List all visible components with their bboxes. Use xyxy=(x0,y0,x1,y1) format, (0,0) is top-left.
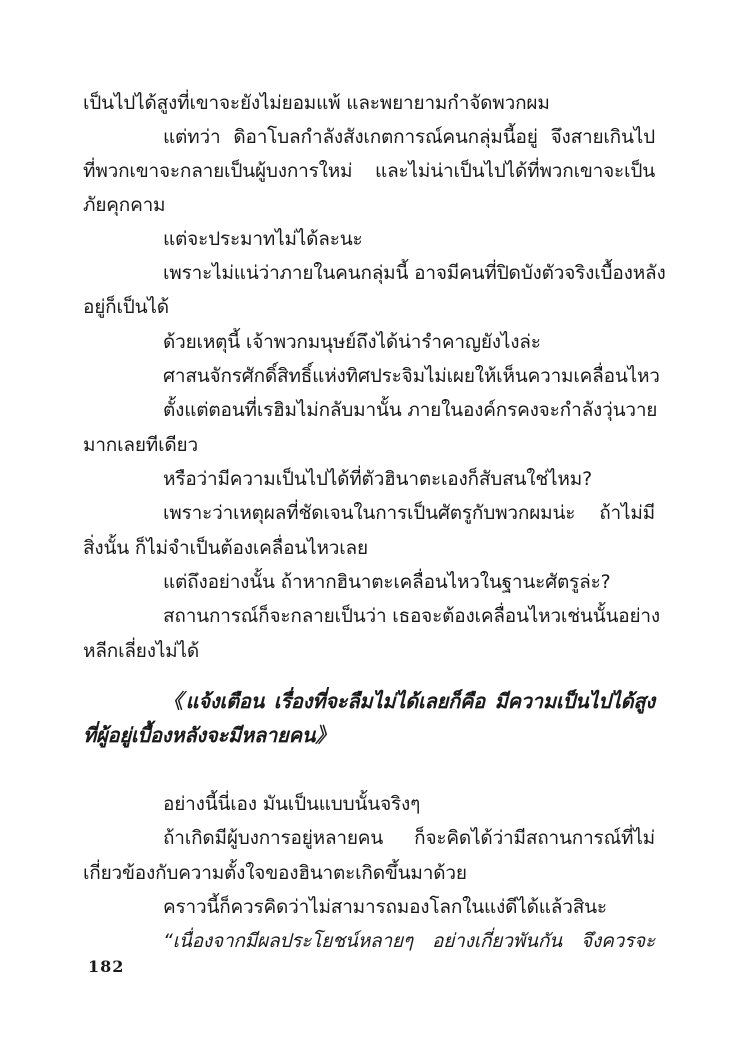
paragraph-start-line: เพราะไม่แน่ว่าภายในคนกลุ่มนี้ อาจมีคนที่… xyxy=(163,256,655,290)
paragraph-start-line: ศาสนจักรศักดิ์สิทธิ์แห่งทิศประจิมไม่เผยใ… xyxy=(163,359,655,393)
system-notice-line: ที่ผู้อยู่เบื้องหลังจะมีหลายคน》 xyxy=(83,718,335,752)
paragraph-start-line: เพราะว่าเหตุผลที่ชัดเจนในการเป็นศัตรูกับ… xyxy=(163,496,655,530)
text-line: อยู่ก็เป็นได้ xyxy=(83,290,169,324)
text-line: สิ่งนั้น ก็ไม่จำเป็นต้องเคลื่อนไหวเลย xyxy=(83,531,368,565)
quoted-speech-line: “เนื่องจากมีผลประโยชน์หลายๆ อย่างเกี่ยวพ… xyxy=(163,924,655,958)
system-notice-line: 《แจ้งเตือน เรื่องที่จะลืมไม่ได้เลยก็คือ … xyxy=(163,684,655,718)
paragraph-start-line: อย่างนี้นี่เอง มันเป็นแบบนั้นจริงๆ xyxy=(163,787,420,821)
text-line: เกี่ยวข้องกับความตั้งใจของฮินาตะเกิดขึ้น… xyxy=(83,856,467,890)
page-number: 182 xyxy=(88,957,124,976)
paragraph-start-line: หรือว่ามีความเป็นไปได้ที่ตัวฮินาตะเองก็ส… xyxy=(163,462,592,496)
paragraph-start-line: ถ้าเกิดมีผู้บงการอยู่หลายคน ก็จะคิดได้ว่… xyxy=(163,821,655,855)
paragraph-start-line: ด้วยเหตุนี้ เจ้าพวกมนุษย์ถึงได้น่ารำคาญย… xyxy=(163,325,541,359)
paragraph-start-line: แต่จะประมาทไม่ได้ละนะ xyxy=(163,222,363,256)
text-line: ที่พวกเขาจะกลายเป็นผู้บงการใหม่ และไม่น่… xyxy=(83,154,655,188)
paragraph-start-line: ตั้งแต่ตอนที่เรฮิมไม่กลับมานั้น ภายในองค… xyxy=(163,393,655,427)
paragraph-start-line: คราวนี้ก็ควรคิดว่าไม่สามารถมองโลกในแง่ดี… xyxy=(163,890,607,924)
paragraph-start-line: แต่ทว่า ดิอาโบลกำลังสังเกตการณ์คนกลุ่มนี… xyxy=(163,120,655,154)
paragraph-start-line: แต่ถึงอย่างนั้น ถ้าหากฮินาตะเคลื่อนไหวใน… xyxy=(163,565,611,599)
text-line: ภัยคุกคาม xyxy=(83,188,165,222)
paragraph-start-line: สถานการณ์ก็จะกลายเป็นว่า เธอจะต้องเคลื่อ… xyxy=(163,599,655,633)
text-line: เป็นไปได้สูงที่เขาจะยังไม่ยอมแพ้ และพยาย… xyxy=(83,86,550,120)
text-line: หลีกเลี่ยงไม่ได้ xyxy=(83,634,199,668)
text-line: มากเลยทีเดียว xyxy=(83,428,198,462)
